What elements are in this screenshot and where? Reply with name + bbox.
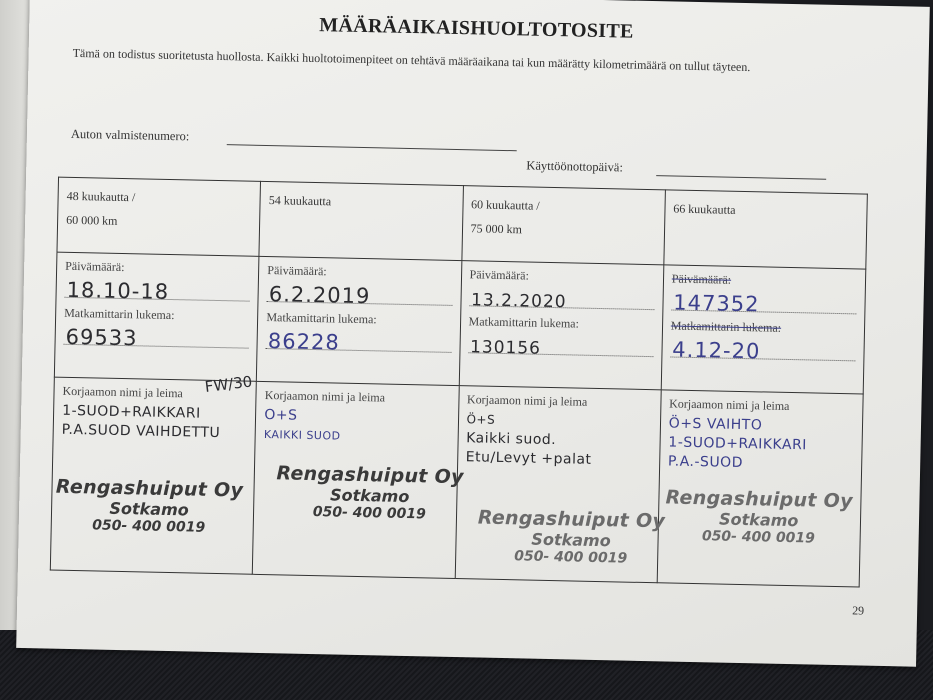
odometer-field[interactable]: 86228: [266, 326, 452, 353]
interval-km: 75 000 km: [470, 216, 656, 244]
workshop-cell: Korjaamon nimi ja leima O+S KAIKKI SUOD …: [253, 381, 459, 578]
stamp-phone: 050- 400 0019: [466, 547, 676, 567]
odometer-value: 69533: [65, 325, 137, 350]
service-booklet-page: MÄÄRÄAIKAISHUOLTOTOSITE Tämä on todistus…: [16, 0, 930, 667]
interval-cell: 54 kuukautta: [259, 181, 463, 260]
interval-cell: 66 kuukautta: [664, 190, 868, 269]
readings-row: Päivämäärä: 18.10-18 Matkamittarin lukem…: [54, 252, 865, 394]
interval-km: 60 000 km: [66, 208, 252, 236]
stamp-phone: 050- 400 0019: [658, 527, 858, 547]
page-title: MÄÄRÄAIKAISHUOLTOTOSITE: [319, 14, 634, 44]
page-number: 29: [852, 603, 864, 618]
readings-cell: Päivämäärä: 13.2.2020 Matkamittarin luke…: [459, 261, 664, 390]
vin-field[interactable]: [227, 144, 517, 151]
workshop-row: Korjaamon nimi ja leima FW/30 1-SUOD+RAI…: [50, 377, 863, 587]
stamp-phone: 050- 400 0019: [254, 503, 484, 524]
interval-label: 54 kuukautta: [269, 188, 455, 216]
date-field[interactable]: 147352: [671, 288, 857, 315]
odometer-field[interactable]: 130156: [468, 330, 654, 357]
intro-text: Tämä on todistus suoritetusta huollosta.…: [72, 45, 882, 79]
stamp-name: Rengashuiput Oy: [659, 486, 859, 512]
commission-date-label: Käyttöönottopäivä:: [526, 158, 623, 175]
stamp-name: Rengashuiput Oy: [466, 506, 676, 532]
workshop-label: Korjaamon nimi ja leima: [467, 392, 653, 411]
workshop-stamp: Rengashuiput Oy Sotkamo 050- 400 0019: [658, 486, 859, 547]
service-table: 48 kuukautta /60 000 km 54 kuukautta 60 …: [50, 177, 868, 588]
workshop-stamp: Rengashuiput Oy Sotkamo 050- 400 0019: [34, 475, 265, 537]
odometer-value: 130156: [470, 337, 541, 358]
interval-cell: 48 kuukautta /60 000 km: [57, 177, 261, 256]
commission-date-field[interactable]: [656, 175, 826, 180]
odometer-field[interactable]: 69533: [64, 322, 250, 349]
date-field[interactable]: 13.2.2020: [469, 283, 655, 310]
workshop-cell: Korjaamon nimi ja leima Ö+S Kaikki suod.…: [455, 386, 661, 583]
service-note: P.A.-SUOD: [668, 452, 854, 475]
date-value: 13.2.2020: [471, 290, 567, 312]
date-field[interactable]: 18.10-18: [65, 275, 251, 302]
workshop-label: Korjaamon nimi ja leima: [669, 396, 855, 415]
workshop-stamp: Rengashuiput Oy Sotkamo 050- 400 0019: [466, 506, 677, 567]
readings-cell: Päivämäärä: 18.10-18 Matkamittarin lukem…: [54, 252, 259, 381]
workshop-stamp: Rengashuiput Oy Sotkamo 050- 400 0019: [254, 462, 485, 524]
workshop-label: Korjaamon nimi ja leima: [265, 388, 451, 407]
workshop-cell: Korjaamon nimi ja leima Ö+S VAIHTO 1-SUO…: [657, 390, 863, 587]
odometer-value: 86228: [268, 329, 340, 354]
service-note: P.A.SUOD VAIHDETTU: [62, 421, 248, 444]
date-value: 18.10-18: [66, 278, 169, 304]
vin-label: Auton valmistenumero:: [71, 127, 190, 144]
odometer-field[interactable]: 4.12-20: [670, 334, 856, 361]
interval-label: 66 kuukautta: [673, 197, 859, 225]
service-note: KAIKKI SUOD: [264, 425, 450, 448]
odometer-value-swapped: 147352: [673, 291, 760, 317]
readings-cell: Päivämäärä: 6.2.2019 Matkamittarin lukem…: [257, 256, 462, 385]
stamp-phone: 050- 400 0019: [34, 516, 264, 537]
workshop-cell: Korjaamon nimi ja leima FW/30 1-SUOD+RAI…: [50, 377, 256, 574]
date-value-swapped: 4.12-20: [672, 338, 761, 364]
interval-cell: 60 kuukautta /75 000 km: [461, 186, 665, 265]
date-field[interactable]: 6.2.2019: [267, 279, 453, 306]
service-note: Etu/Levyt +palat: [466, 448, 652, 471]
readings-cell: Päivämäärä: 147352 Matkamittarin lukema:…: [661, 265, 866, 394]
date-value: 6.2.2019: [269, 282, 371, 308]
